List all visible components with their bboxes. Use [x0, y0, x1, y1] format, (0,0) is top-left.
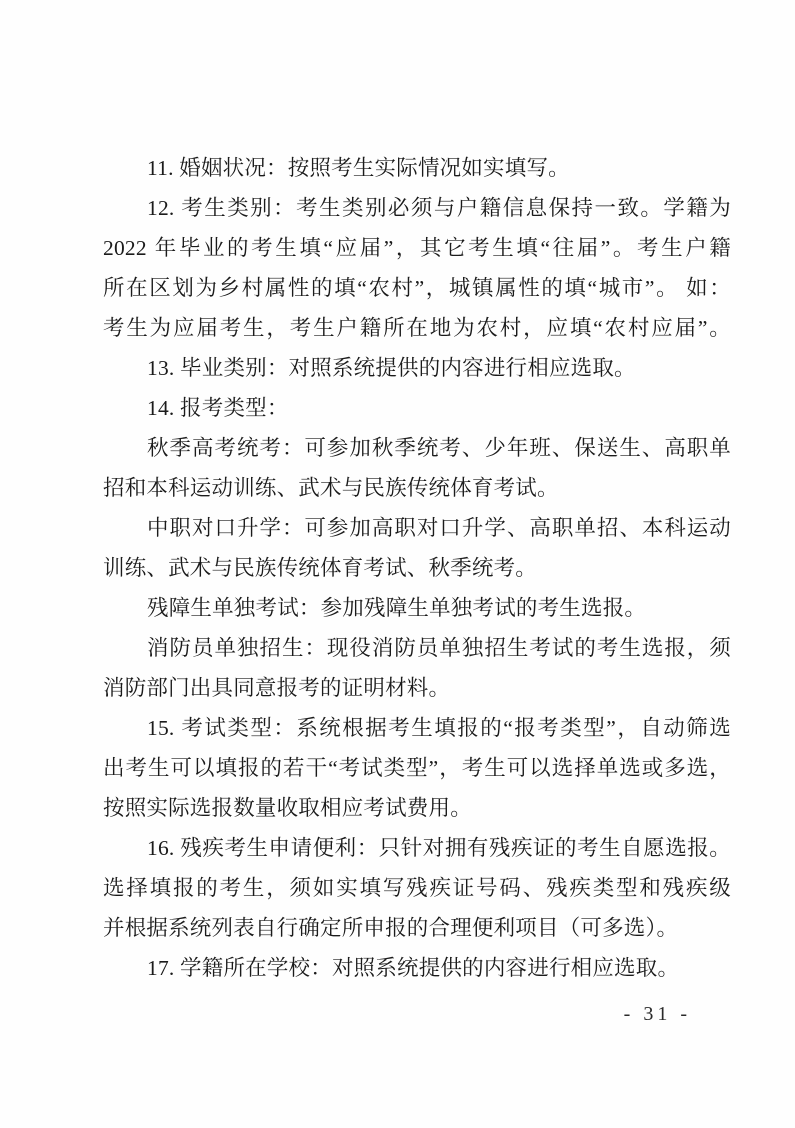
document-line-autumn-exam: 秋季高考统考：可参加秋季统考、少年班、保送生、高职单 [103, 428, 731, 468]
document-line-item-13: 13. 毕业类别：对照系统提供的内容进行相应选取。 [103, 348, 731, 388]
document-line-item-16: 16. 残疾考生申请便利：只针对拥有残疾证的考生自愿选报。 [103, 828, 731, 868]
document-line: 考生为应届考生，考生户籍所在地为农村，应填“农村应届”。 [103, 308, 731, 348]
document-line: 并根据系统列表自行确定所申报的合理便利项目（可多选）。 [103, 908, 731, 948]
document-line-vocational: 中职对口升学：可参加高职对口升学、高职单招、本科运动 [103, 508, 731, 548]
document-line: 出考生可以填报的若干“考试类型”，考生可以选择单选或多选， [103, 748, 731, 788]
document-line-item-17: 17. 学籍所在学校：对照系统提供的内容进行相应选取。 [103, 948, 731, 988]
document-line-item-11: 11. 婚姻状况：按照考生实际情况如实填写。 [103, 148, 731, 188]
document-line-item-14: 14. 报考类型： [103, 388, 731, 428]
document-body: 11. 婚姻状况：按照考生实际情况如实填写。 12. 考生类别：考生类别必须与户… [0, 0, 795, 988]
document-line: 招和本科运动训练、武术与民族传统体育考试。 [103, 468, 731, 508]
document-line: 选择填报的考生，须如实填写残疾证号码、残疾类型和残疾级别， [103, 868, 731, 908]
document-line: 消防部门出具同意报考的证明材料。 [103, 668, 731, 708]
document-page: 11. 婚姻状况：按照考生实际情况如实填写。 12. 考生类别：考生类别必须与户… [0, 0, 795, 1128]
document-line: 按照实际选报数量收取相应考试费用。 [103, 788, 731, 828]
document-line-item-15: 15. 考试类型：系统根据考生填报的“报考类型”，自动筛选 [103, 708, 731, 748]
document-line-firefighter: 消防员单独招生：现役消防员单独招生考试的考生选报，须 [103, 628, 731, 668]
document-line: 所在区划为乡村属性的填“农村”，城镇属性的填“城市”。 如： [103, 268, 731, 308]
document-line-disabled-exam: 残障生单独考试：参加残障生单独考试的考生选报。 [103, 588, 731, 628]
document-line: 2022 年毕业的考生填“应届”，其它考生填“往届”。考生户籍 [103, 228, 731, 268]
page-number: - 31 - [624, 1000, 691, 1028]
document-line-item-12: 12. 考生类别：考生类别必须与户籍信息保持一致。学籍为 [103, 188, 731, 228]
document-line: 训练、武术与民族传统体育考试、秋季统考。 [103, 548, 731, 588]
